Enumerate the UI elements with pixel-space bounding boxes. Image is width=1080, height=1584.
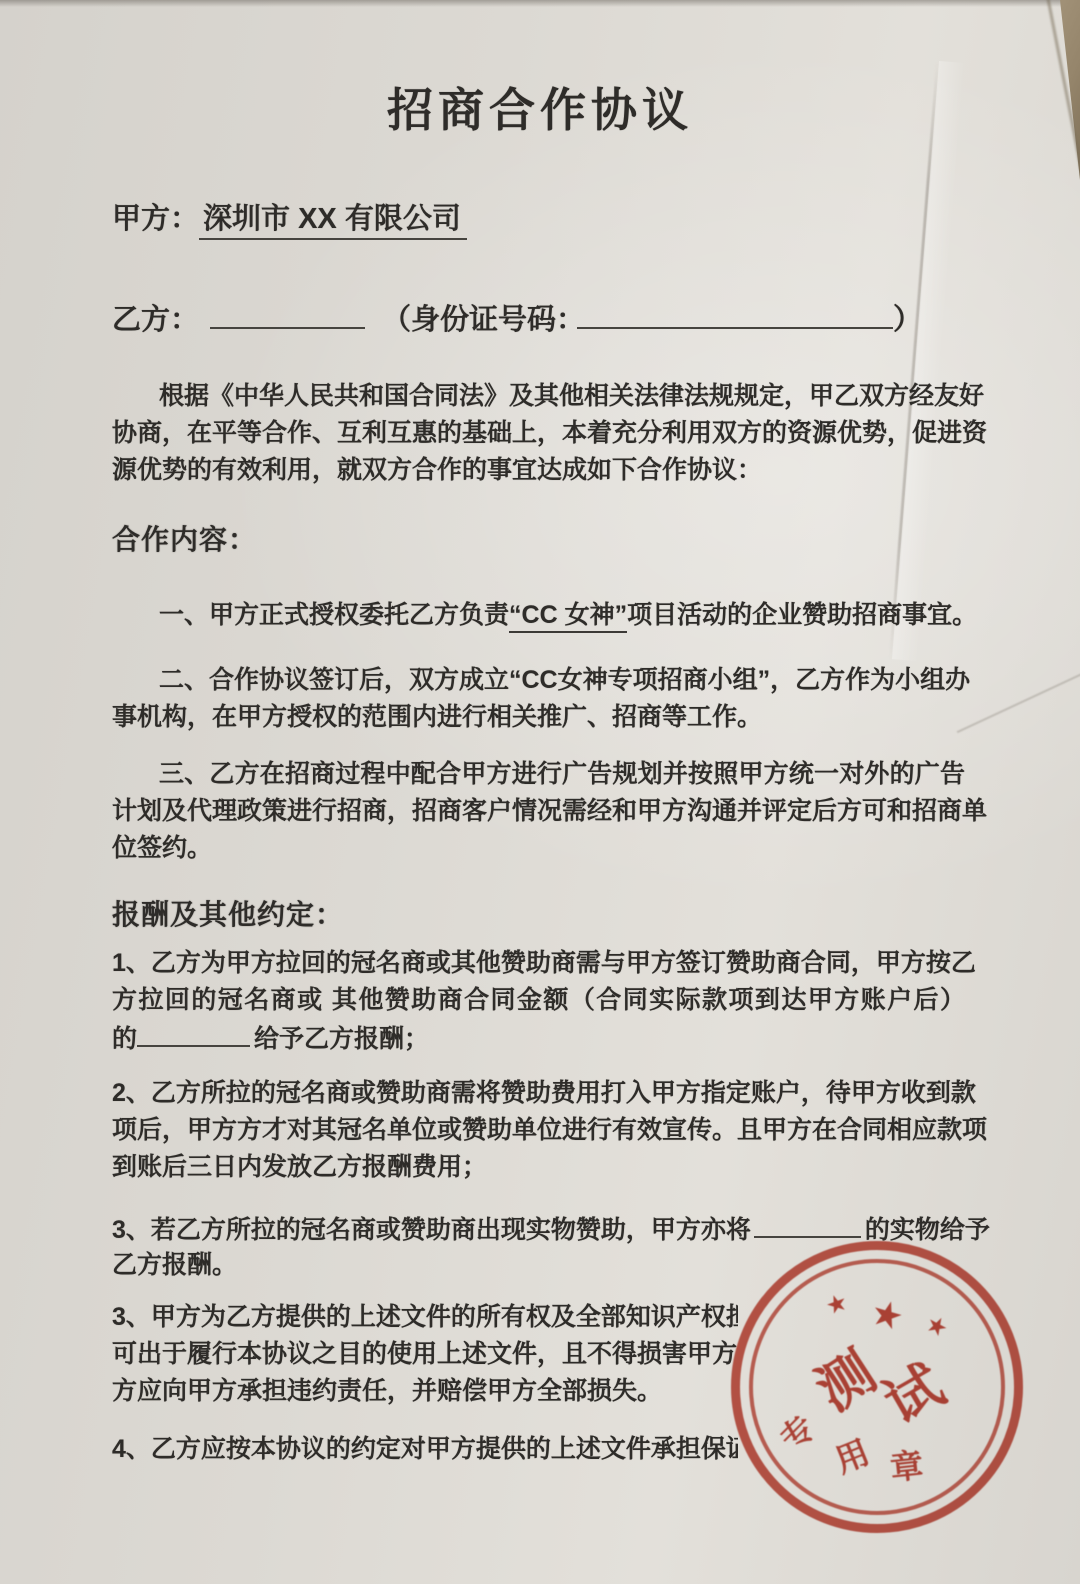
stamp-arc-char: 专 [768, 1403, 825, 1460]
star-icon: ★ [866, 1290, 909, 1339]
r4-clipped-char: 担 [726, 1299, 738, 1336]
party-b-id-label: （身份证号码： [382, 304, 585, 336]
star-icon: ★ [822, 1287, 852, 1322]
remuneration-item-2-line: 2、乙方所拉的冠名商或赞助商需将赞助费用打入甲方指定账户，待甲方收到款 [112, 1075, 965, 1112]
cooperation-item-2: 二、合作协议签订后，双方成立“CC女神专项招商小组”，乙方作为小组办 事机构，在… [112, 662, 965, 736]
r3-post: 的实物给予 [865, 1216, 990, 1244]
cooperation-heading: 合作内容： [112, 518, 257, 558]
r1-percentage-blank [137, 1019, 250, 1047]
remuneration-item-1: 1、乙方为甲方拉回的冠名商或其他赞助商需与甲方签订赞助商合同，甲方按乙 方拉回的… [112, 945, 965, 1056]
remuneration-item-2-line: 项后，甲方方才对其冠名单位或赞助单位进行有效宣传。且甲方在合同相应款项 [112, 1112, 965, 1149]
cooperation-item-3: 三、乙方在招商过程中配合甲方进行广告规划并按照甲方统一对外的广告 计划及代理政策… [112, 756, 965, 867]
party-b-name-blank [210, 301, 365, 329]
cooperation-item-1: 一、甲方正式授权委托乙方负责“CC 女神”项目活动的企业赞助招商事宜。 [112, 597, 965, 634]
intro-line: 协商，在平等合作、互利互惠的基础上，本着充分利用双方的资源优势，促进资 [112, 415, 965, 452]
remuneration-heading: 报酬及其他约定： [112, 893, 344, 933]
r3-pre: 3、若乙方所拉的冠名商或赞助商出现实物赞助，甲方亦将 [112, 1216, 751, 1244]
remuneration-item-1-line: 的给予乙方报酬； [112, 1019, 965, 1056]
r1-blank-post: 给予乙方报酬； [254, 1025, 429, 1053]
stamp-word-char: 试 [868, 1342, 956, 1439]
r4-line-text: 3、甲方为乙方提供的上述文件的所有权及全部知识产权 [112, 1303, 726, 1331]
star-icon: ★ [920, 1309, 953, 1345]
party-a-label: 甲方： [112, 203, 199, 235]
cooperation-item-1-line: 一、甲方正式授权委托乙方负责“CC 女神”项目活动的企业赞助招商事宜。 [112, 597, 965, 634]
cooperation-item-3-line: 计划及代理政策进行招商，招商客户情况需经和甲方沟通并评定后方可和招商单 [112, 793, 965, 830]
party-b-label: 乙方： [112, 304, 199, 336]
remuneration-item-3-line: 3、若乙方所拉的冠名商或赞助商出现实物赞助，甲方亦将的实物给予 [112, 1210, 965, 1247]
document-photo: { "colors": { "stamp_red": "#bd3828", "p… [0, 0, 1080, 1584]
cooperation-item-2-line: 二、合作协议签订后，双方成立“CC女神专项招商小组”，乙方作为小组办 [112, 662, 965, 699]
r1-blank-pre: 的 [112, 1025, 137, 1053]
item1-project-name: “CC 女神” [509, 601, 627, 633]
party-a-value: 深圳市 XX 有限公司 [199, 203, 467, 240]
cooperation-item-2-line: 事机构，在甲方授权的范围内进行相关推广、招商等工作。 [112, 699, 965, 736]
paper-crease-diagonal [957, 649, 1080, 733]
intro-line: 源优势的有效利用，就双方合作的事宜达成如下合作协议： [112, 452, 965, 489]
party-b-row: 乙方：（身份证号码：） [112, 297, 922, 338]
party-b-id-blank [577, 301, 893, 329]
item1-pre: 一、甲方正式授权委托乙方负责 [159, 601, 509, 629]
r3-goods-blank [754, 1210, 861, 1238]
r5-line-text: 4、乙方应按本协议的约定对甲方提供的上述文件承担保 [112, 1435, 726, 1463]
remuneration-item-1-line: 方拉回的冠名商或 其他赞助商合同金额（合同实际款项到达甲方账户后） [112, 982, 965, 1019]
intro-line: 根据《中华人民共和国合同法》及其他相关法律法规规定，甲乙双方经友好 [112, 378, 965, 415]
stamp-arc-char: 用 [827, 1427, 875, 1483]
remuneration-item-2-line: 到账后三日内发放乙方报酬费用； [112, 1149, 965, 1186]
remuneration-item-1-line: 1、乙方为甲方拉回的冠名商或其他赞助商需与甲方签订赞助商合同，甲方按乙 [112, 945, 965, 982]
remuneration-item-2: 2、乙方所拉的冠名商或赞助商需将赞助费用打入甲方指定账户，待甲方收到款 项后，甲… [112, 1075, 965, 1186]
cooperation-item-3-line: 位签约。 [112, 830, 965, 867]
paper-top-edge-shadow [0, 0, 1080, 7]
document-title: 招商合作协议 [0, 74, 1080, 140]
test-seal-stamp: ★ ★ ★ 测 试 专 用 章 [731, 1241, 1023, 1533]
intro-paragraph: 根据《中华人民共和国合同法》及其他相关法律法规规定，甲乙双方经友好 协商，在平等… [112, 378, 965, 489]
party-b-close-paren: ） [893, 304, 922, 336]
stamp-arc-char: 章 [888, 1439, 926, 1489]
cooperation-item-3-line: 三、乙方在招商过程中配合甲方进行广告规划并按照甲方统一对外的广告 [112, 756, 965, 793]
r5-clipped-char: 证 [726, 1431, 738, 1468]
party-a-row: 甲方：深圳市 XX 有限公司 [112, 196, 467, 237]
item1-post: 项目活动的企业赞助招商事宜。 [627, 601, 977, 629]
